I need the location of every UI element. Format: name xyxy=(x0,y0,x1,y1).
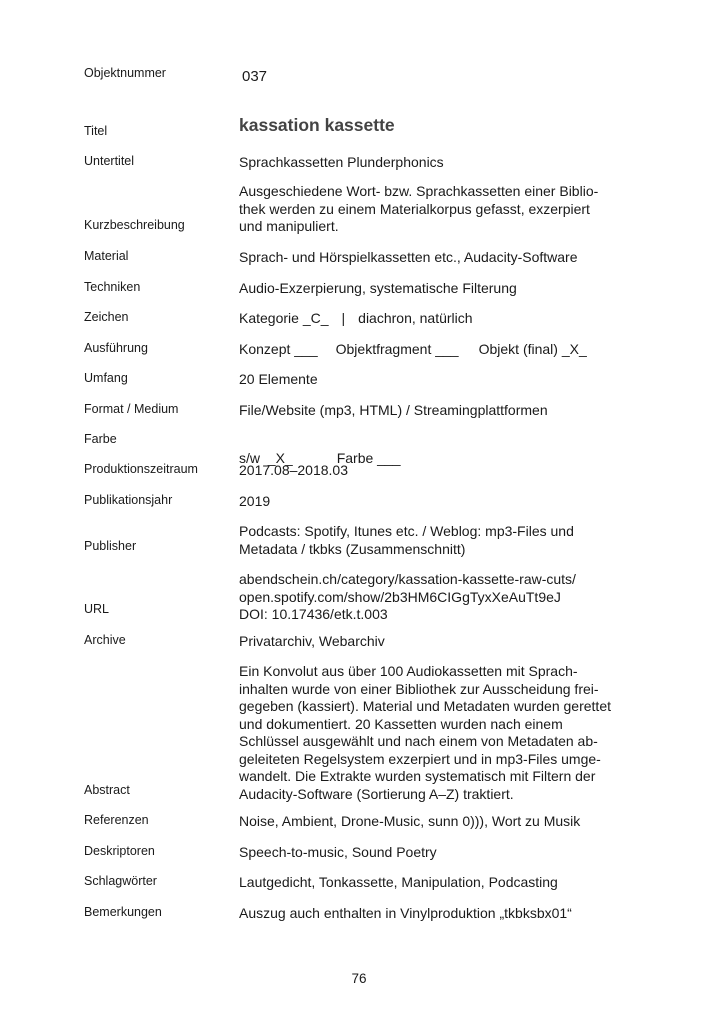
value-produktionszeitraum: 2017.08–2018.03 xyxy=(239,462,659,480)
label-deskriptoren: Deskriptoren xyxy=(84,844,155,859)
zeichen-kategorie: Kategorie _C_ xyxy=(239,310,329,326)
label-untertitel: Untertitel xyxy=(84,154,134,169)
value-ausfuehrung: Konzept ___Objektfragment ___Objekt (fin… xyxy=(239,341,659,359)
value-material: Sprach- und Hörspielkassetten etc., Auda… xyxy=(239,249,659,267)
label-zeichen: Zeichen xyxy=(84,310,128,325)
label-format: Format / Medium xyxy=(84,402,178,417)
value-zeichen: Kategorie _C_|diachron, natürlich xyxy=(239,310,659,328)
label-farbe: Farbe xyxy=(84,432,117,447)
value-format: File/Website (mp3, HTML) / Streamingplat… xyxy=(239,402,659,420)
value-deskriptoren: Speech-to-music, Sound Poetry xyxy=(239,844,659,862)
label-umfang: Umfang xyxy=(84,371,128,386)
value-kurzbeschreibung: Ausgeschiedene Wort- bzw. Sprachkassette… xyxy=(239,183,659,236)
label-referenzen: Referenzen xyxy=(84,813,149,828)
value-techniken: Audio-Exzerpierung, systematische Filter… xyxy=(239,280,659,298)
value-url: abendschein.ch/category/kassation-kasset… xyxy=(239,571,659,624)
ausfuehrung-objekt: Objekt (final) _X_ xyxy=(479,341,587,357)
label-produktionszeitraum: Produktionszeitraum xyxy=(84,462,198,477)
kurzbeschreibung-line: thek werden zu einem Materialkorpus gefa… xyxy=(239,201,659,219)
abstract-line: geleiteten Regelsystem exzerpiert und in… xyxy=(239,751,659,769)
ausfuehrung-konzept: Konzept ___ xyxy=(239,341,318,357)
value-publisher: Podcasts: Spotify, Itunes etc. / Weblog:… xyxy=(239,523,659,558)
value-publikationsjahr: 2019 xyxy=(239,493,659,511)
page-number: 76 xyxy=(0,971,718,986)
label-publisher: Publisher xyxy=(84,539,136,554)
abstract-line: Schlüssel ausgewählt und nach einem von … xyxy=(239,733,659,751)
zeichen-separator: | xyxy=(342,310,346,326)
label-material: Material xyxy=(84,249,128,264)
abstract-line: gegeben (kassiert). Material und Metadat… xyxy=(239,698,659,716)
value-abstract: Ein Konvolut aus über 100 Audiokassetten… xyxy=(239,663,659,803)
kurzbeschreibung-line: Ausgeschiedene Wort- bzw. Sprachkassette… xyxy=(239,183,659,201)
ausfuehrung-objektfragment: Objektfragment ___ xyxy=(336,341,459,357)
label-abstract: Abstract xyxy=(84,783,130,798)
doi-link[interactable]: DOI: 10.17436/etk.t.003 xyxy=(239,606,659,624)
value-titel: kassation kassette xyxy=(239,117,659,135)
value-schlagwoerter: Lautgedicht, Tonkassette, Manipulation, … xyxy=(239,874,659,892)
value-referenzen: Noise, Ambient, Drone-Music, sunn 0))), … xyxy=(239,813,659,831)
label-objektnummer: Objektnummer xyxy=(84,66,166,81)
publisher-line: Metadata / tkbks (Zusammenschnitt) xyxy=(239,541,659,559)
label-publikationsjahr: Publikationsjahr xyxy=(84,493,172,508)
label-schlagwoerter: Schlagwörter xyxy=(84,874,157,889)
url-link[interactable]: abendschein.ch/category/kassation-kasset… xyxy=(239,571,659,589)
kurzbeschreibung-line: und manipuliert. xyxy=(239,218,659,236)
label-ausfuehrung: Ausführung xyxy=(84,341,148,356)
value-archive: Privatarchiv, Webarchiv xyxy=(239,633,659,651)
value-objektnummer: 037 xyxy=(242,68,662,86)
zeichen-value: diachron, natürlich xyxy=(358,310,472,326)
label-archive: Archive xyxy=(84,633,126,648)
value-umfang: 20 Elemente xyxy=(239,371,659,389)
abstract-line: Ein Konvolut aus über 100 Audiokassetten… xyxy=(239,663,659,681)
abstract-line: Audacity-Software (Sortierung A–Z) trakt… xyxy=(239,786,659,804)
label-titel: Titel xyxy=(84,124,107,139)
publisher-line: Podcasts: Spotify, Itunes etc. / Weblog:… xyxy=(239,523,659,541)
url-link[interactable]: open.spotify.com/show/2b3HM6CIGgTyxXeAuT… xyxy=(239,589,659,607)
label-techniken: Techniken xyxy=(84,280,140,295)
label-kurzbeschreibung: Kurzbeschreibung xyxy=(84,218,185,233)
label-url: URL xyxy=(84,602,109,617)
abstract-line: wandelt. Die Extrakte wurden systematisc… xyxy=(239,768,659,786)
value-untertitel: Sprachkassetten Plunderphonics xyxy=(239,154,659,172)
abstract-line: inhalten wurde von einer Bibliothek zur … xyxy=(239,681,659,699)
abstract-line: und dokumentiert. 20 Kassetten wurden na… xyxy=(239,716,659,734)
label-bemerkungen: Bemerkungen xyxy=(84,905,162,920)
value-bemerkungen: Auszug auch enthalten in Vinylproduktion… xyxy=(239,905,659,923)
